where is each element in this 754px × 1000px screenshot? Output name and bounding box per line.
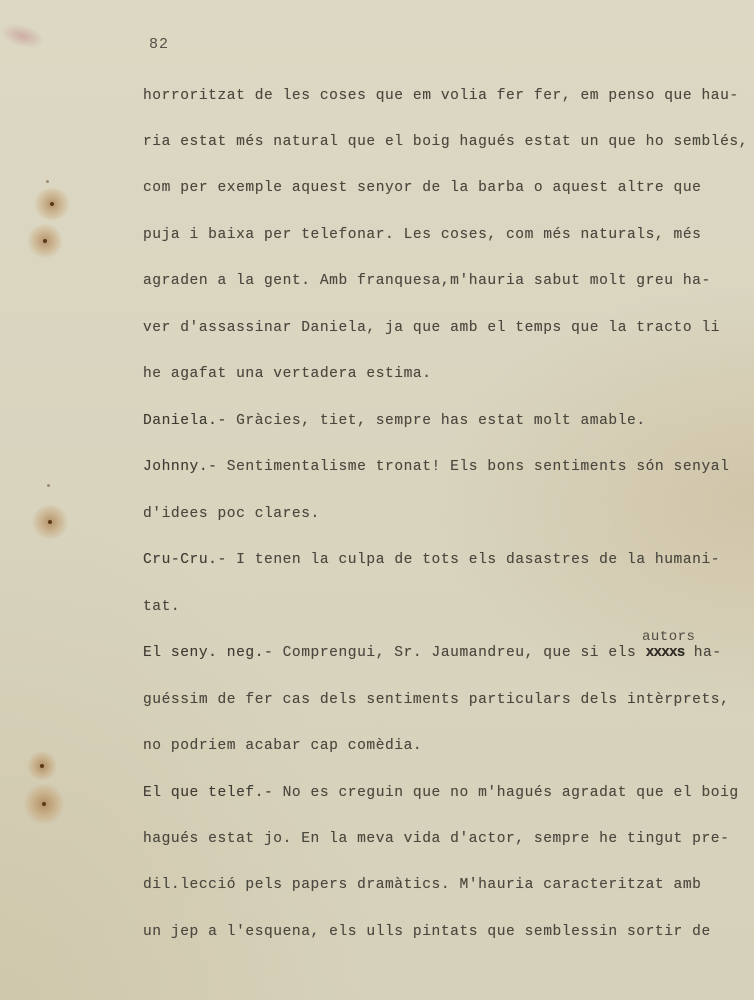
text-line: com per exemple aquest senyor de la barb… (143, 180, 701, 196)
text-line: tat. (143, 599, 180, 615)
rust-stain (24, 784, 64, 824)
text-line: puja i baixa per telefonar. Les coses, c… (143, 227, 701, 243)
page-number: 82 (149, 36, 169, 53)
text-line: horroritzat de les coses que em volia fe… (143, 88, 739, 104)
pink-smudge (0, 20, 47, 53)
text-line: d'idees poc clares. (143, 506, 320, 522)
dialogue-line: El seny. neg.- Comprengui, Sr. Jaumandre… (143, 645, 722, 661)
speck (46, 180, 49, 183)
handwritten-insertion: autors (642, 629, 695, 645)
speaker-name: El seny. neg.- (143, 645, 273, 661)
dialogue-text: Sentimentalisme tronat! Els bons sentime… (217, 459, 729, 475)
text-line: ver d'assassinar Daniela, ja que amb el … (143, 320, 720, 336)
struck-out-word: xxxxs (646, 645, 685, 661)
dialogue-text-end: ha- (684, 645, 721, 661)
rust-stain (28, 224, 62, 258)
text-line: un jep a l'esquena, els ulls pintats que… (143, 924, 711, 940)
dialogue-text: I tenen la culpa de tots els dasastres d… (227, 552, 720, 568)
text-line: ria estat més natural que el boig hagués… (143, 134, 748, 150)
text-line: no podriem acabar cap comèdia. (143, 738, 422, 754)
dialogue-line: Johnny.- Sentimentalisme tronat! Els bon… (143, 459, 729, 475)
speaker-name: El que telef.- (143, 785, 273, 801)
dialogue-text: Gràcies, tiet, sempre has estat molt ama… (227, 413, 646, 429)
dialogue-text: No es creguin que no m'hagués agradat qu… (273, 785, 738, 801)
text-line: guéssim de fer cas dels sentiments parti… (143, 692, 729, 708)
speck (47, 484, 50, 487)
typewritten-page: 82 horroritzat de les coses que em volia… (0, 0, 754, 1000)
text-line: agraden a la gent. Amb franquesa,m'hauri… (143, 273, 711, 289)
speaker-name: Johnny.- (143, 459, 217, 475)
rust-stain (27, 752, 57, 780)
dialogue-text: Comprengui, Sr. Jaumandreu, que si els (273, 645, 645, 661)
rust-stain (34, 188, 70, 220)
dialogue-line: Daniela.- Gràcies, tiet, sempre has esta… (143, 413, 646, 429)
rust-stain (32, 505, 68, 539)
text-line: hagués estat jo. En la meva vida d'actor… (143, 831, 729, 847)
speaker-name: Cru-Cru.- (143, 552, 227, 568)
dialogue-line: El que telef.- No es creguin que no m'ha… (143, 785, 739, 801)
text-line: dil.lecció pels papers dramàtics. M'haur… (143, 877, 701, 893)
text-line: he agafat una vertadera estima. (143, 366, 432, 382)
speaker-name: Daniela.- (143, 413, 227, 429)
dialogue-line: Cru-Cru.- I tenen la culpa de tots els d… (143, 552, 720, 568)
